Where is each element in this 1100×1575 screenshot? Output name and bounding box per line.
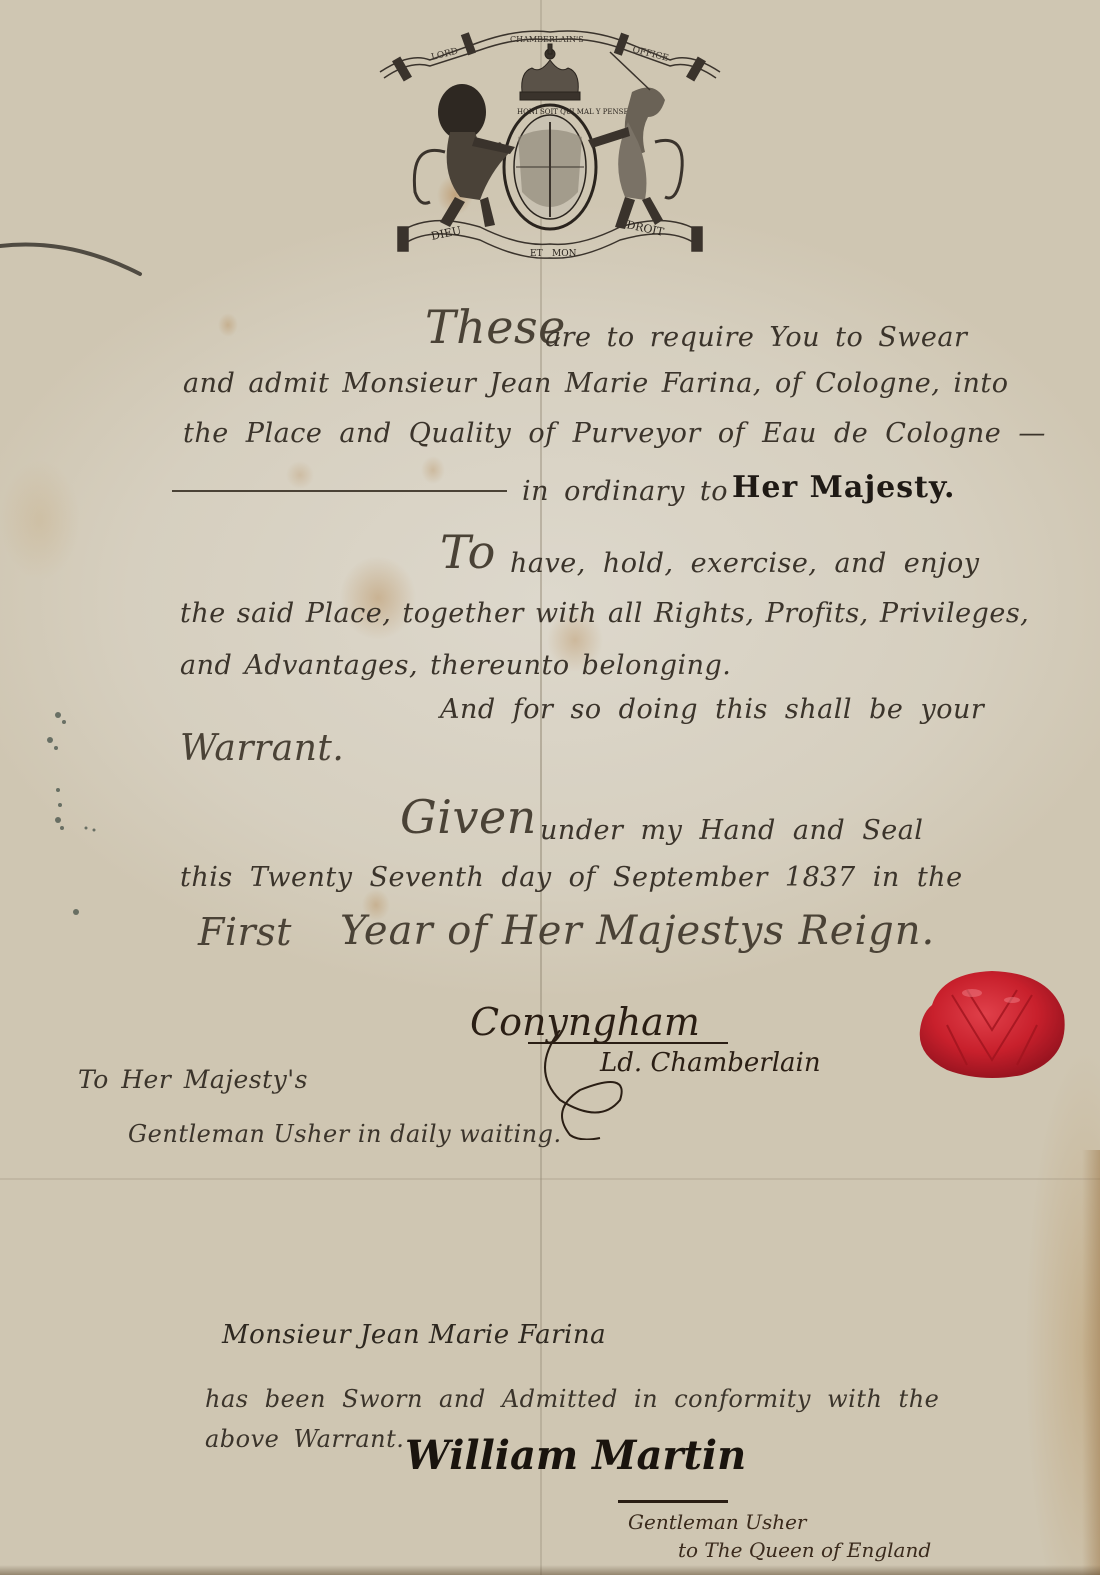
- para4-line3: Year of Her Majestys Reign.: [340, 908, 935, 954]
- endorsement-line1: has been Sworn and Admitted in conformit…: [205, 1385, 939, 1413]
- svg-text:DIEU: DIEU: [430, 224, 463, 243]
- para1-line3: the Place and Quality of Purveyor of Eau…: [183, 418, 1046, 449]
- para4-line2: this Twenty Seventh day of September 183…: [180, 862, 963, 893]
- shield-icon: [504, 105, 596, 229]
- lion-icon: [414, 84, 515, 227]
- her-majesty-title: Her Majesty.: [732, 470, 955, 505]
- para3-line2: Warrant.: [180, 728, 344, 769]
- unicorn-icon: [588, 52, 682, 229]
- endorsement-name: Monsieur Jean Marie Farina: [222, 1320, 606, 1350]
- svg-text:HONI SOIT QUI MAL Y PENSE: HONI SOIT QUI MAL Y PENSE: [517, 108, 629, 116]
- svg-text:ET: ET: [530, 249, 543, 259]
- para1-line1: are to require You to Swear: [545, 322, 967, 353]
- para2-line2: the said Place, together with all Rights…: [180, 598, 1029, 629]
- para4-line1: under my Hand and Seal: [540, 815, 923, 846]
- svg-text:OFFICE: OFFICE: [631, 45, 669, 64]
- paper-bottom-edge: [0, 1565, 1100, 1575]
- para4-first: First: [198, 910, 292, 954]
- usher-title-line1: Gentleman Usher: [628, 1510, 807, 1534]
- blank-rule: [172, 490, 507, 492]
- svg-text:MON: MON: [552, 249, 577, 259]
- usher-title-line2: to The Queen of England: [678, 1538, 931, 1562]
- endorsement-line2: above Warrant.: [205, 1425, 404, 1453]
- usher-signature: William Martin: [405, 1432, 746, 1479]
- para4-initial: Given: [400, 790, 537, 844]
- ink-stroke-mark: [0, 238, 150, 278]
- ink-blot-marks: [30, 680, 110, 920]
- para1-line4-lead: in ordinary to: [522, 476, 728, 507]
- wax-seal-icon: [912, 965, 1072, 1080]
- para2-line3: and Advantages, thereunto belonging.: [180, 650, 731, 681]
- crown-icon: [520, 44, 580, 100]
- svg-text:CHAMBERLAIN'S: CHAMBERLAIN'S: [510, 35, 584, 44]
- para2-initial: To: [440, 525, 496, 579]
- addressee-line2: Gentleman Usher in daily waiting.: [128, 1120, 562, 1148]
- fold-crease-horizontal: [0, 1178, 1100, 1180]
- para1-line2: and admit Monsieur Jean Marie Farina, of…: [183, 368, 1009, 399]
- royal-coat-of-arms: LORD CHAMBERLAIN'S OFFICE HONI SOIT QUI …: [370, 22, 730, 277]
- paper-edge-stain: [1082, 1150, 1100, 1575]
- para3-line1: And for so doing this shall be your: [440, 694, 984, 725]
- para2-line1: have, hold, exercise, and enjoy: [510, 548, 980, 579]
- usher-signature-underline: [618, 1500, 728, 1503]
- svg-text:LORD: LORD: [430, 47, 459, 63]
- addressee-line1: To Her Majesty's: [78, 1065, 308, 1094]
